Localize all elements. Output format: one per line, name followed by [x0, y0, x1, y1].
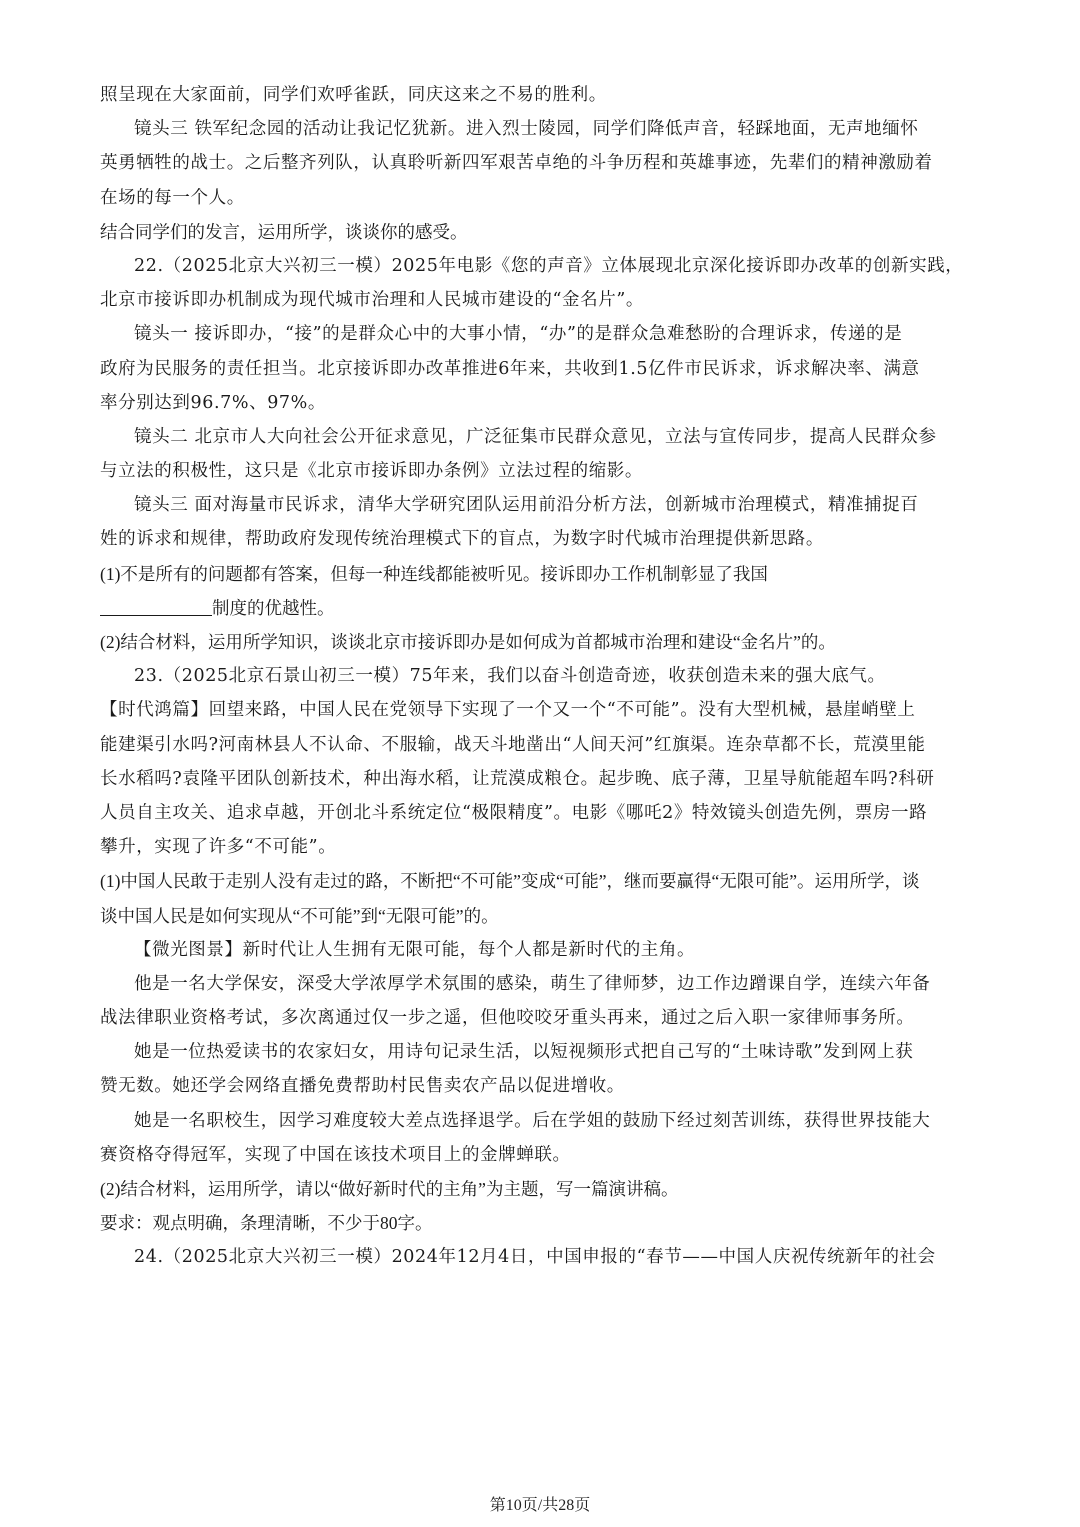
text-line: 制度的优越性。: [100, 591, 985, 625]
text-line-content: 镜头二 北京市人大向社会公开征求意见，广泛征集市民群众意见，立法与宣传同步，提高…: [134, 427, 937, 447]
text-line: (2)结合材料，运用所学，请以“做好新时代的主角”为主题，写一篇演讲稿。: [100, 1172, 985, 1206]
text-line: 镜头二 北京市人大向社会公开征求意见，广泛征集市民群众意见，立法与宣传同步，提高…: [100, 420, 985, 454]
text-line-content: 攀升，实现了许多“不可能”。: [100, 837, 336, 857]
text-line-content: 制度的优越性。: [212, 598, 335, 618]
text-line-content: (2)结合材料，运用所学知识，谈谈北京市接诉即办是如何成为首都城市治理和建设“金…: [100, 632, 836, 652]
text-line-content: (2)结合材料，运用所学，请以“做好新时代的主角”为主题，写一篇演讲稿。: [100, 1179, 678, 1199]
text-line: 战法律职业资格考试，多次离通过仅一步之遥，但他咬咬牙重头再来，通过之后入职一家律…: [100, 1001, 985, 1035]
text-line: (1)不是所有的问题都有答案，但每一种连线都能被听见。接诉即办工作机制彰显了我国: [100, 557, 985, 591]
text-line-content: 率分别达到96.7%、97%。: [100, 393, 326, 413]
text-line: 结合同学们的发言，运用所学，谈谈你的感受。: [100, 215, 985, 249]
text-line-content: 赛资格夺得冠军，实现了中国在该技术项目上的金牌蝉联。: [100, 1145, 571, 1165]
text-line: 要求：观点明确，条理清晰，不少于80字。: [100, 1206, 985, 1240]
text-line: 攀升，实现了许多“不可能”。: [100, 830, 985, 864]
text-line: 他是一名大学保安，深受大学浓厚学术氛围的感染，萌生了律师梦，边工作边蹭课自学，连…: [100, 967, 985, 1001]
text-line-content: 谈中国人民是如何实现从“不可能”到“无限可能”的。: [100, 906, 499, 926]
text-line-content: 他是一名大学保安，深受大学浓厚学术氛围的感染，萌生了律师梦，边工作边蹭课自学，连…: [134, 974, 930, 994]
text-line-content: 能建渠引水吗?河南林县人不认命、不服输，战天斗地凿出“人间天河”红旗渠。连杂草都…: [100, 735, 925, 755]
text-line-content: 23.（2025北京石景山初三一模）75年来，我们以奋斗创造奇迹，收获创造未来的…: [134, 666, 886, 686]
text-line: 率分别达到96.7%、97%。: [100, 386, 985, 420]
text-line-content: (1)不是所有的问题都有答案，但每一种连线都能被听见。接诉即办工作机制彰显了我国: [100, 564, 768, 584]
text-line-content: 镜头一 接诉即办，“接”的是群众心中的大事小情，“办”的是群众急难愁盼的合理诉求…: [134, 324, 902, 344]
answer-blank: [100, 597, 212, 616]
text-line: 23.（2025北京石景山初三一模）75年来，我们以奋斗创造奇迹，收获创造未来的…: [100, 659, 985, 693]
text-line: 24.（2025北京大兴初三一模）2024年12月4日，中国申报的“春节——中国…: [100, 1240, 985, 1274]
text-line-content: 22.（2025北京大兴初三一模）2025年电影《您的声音》立体展现北京深化接诉…: [134, 256, 963, 276]
text-line: (1)中国人民敢于走别人没有走过的路，不断把“不可能”变成“可能”，继而要赢得“…: [100, 864, 985, 898]
text-line-content: 照呈现在大家面前，同学们欢呼雀跃，同庆这来之不易的胜利。: [100, 85, 607, 105]
document-body: 照呈现在大家面前，同学们欢呼雀跃，同庆这来之不易的胜利。镜头三 铁军纪念园的活动…: [100, 78, 985, 1275]
text-line-content: 北京市接诉即办机制成为现代城市治理和人民城市建设的“金名片”。: [100, 290, 644, 310]
text-line: 【时代鸿篇】回望来路，中国人民在党领导下实现了一个又一个“不可能”。没有大型机械…: [100, 693, 985, 727]
text-line-content: 【微光图景】新时代让人生拥有无限可能，每个人都是新时代的主角。: [134, 940, 695, 960]
text-line: 人员自主攻关、追求卓越，开创北斗系统定位“极限精度”。电影《哪吒2》特效镜头创造…: [100, 796, 985, 830]
text-line-content: 与立法的积极性，这只是《北京市接诉即办条例》立法过程的缩影。: [100, 461, 643, 481]
text-line: 谈中国人民是如何实现从“不可能”到“无限可能”的。: [100, 899, 985, 933]
text-line-content: 长水稻吗?袁隆平团队创新技术，种出海水稻，让荒漠成粮仓。起步晚、底子薄，卫星导航…: [100, 769, 934, 789]
text-line-content: 赞无数。她还学会网络直播免费帮助村民售卖农产品以促进增收。: [100, 1076, 625, 1096]
text-line: 镜头三 铁军纪念园的活动让我记忆犹新。进入烈士陵园，同学们降低声音，轻踩地面，无…: [100, 112, 985, 146]
text-line: 【微光图景】新时代让人生拥有无限可能，每个人都是新时代的主角。: [100, 933, 985, 967]
text-line-content: 她是一位热爱读书的农家妇女，用诗句记录生活，以短视频形式把自己写的“土味诗歌”发…: [134, 1042, 913, 1062]
text-line-content: 24.（2025北京大兴初三一模）2024年12月4日，中国申报的“春节——中国…: [134, 1247, 936, 1267]
text-line-content: 英勇牺牲的战士。之后整齐列队，认真聆听新四军艰苦卓绝的斗争历程和英雄事迹，先辈们…: [100, 153, 933, 173]
text-line: 镜头三 面对海量市民诉求，清华大学研究团队运用前沿分析方法，创新城市治理模式，精…: [100, 488, 985, 522]
text-line-content: 结合同学们的发言，运用所学，谈谈你的感受。: [100, 222, 468, 242]
page-number: 第10页/共28页: [0, 1492, 1080, 1515]
text-line: 她是一位热爱读书的农家妇女，用诗句记录生活，以短视频形式把自己写的“土味诗歌”发…: [100, 1035, 985, 1069]
text-line-content: (1)中国人民敢于走别人没有走过的路，不断把“不可能”变成“可能”，继而要赢得“…: [100, 871, 920, 891]
text-line-content: 她是一名职校生，因学习难度较大差点选择退学。后在学姐的鼓励下经过刻苦训练，获得世…: [134, 1111, 930, 1131]
text-line: 照呈现在大家面前，同学们欢呼雀跃，同庆这来之不易的胜利。: [100, 78, 985, 112]
text-line-content: 【时代鸿篇】回望来路，中国人民在党领导下实现了一个又一个“不可能”。没有大型机械…: [100, 700, 916, 720]
text-line: 姓的诉求和规律，帮助政府发现传统治理模式下的盲点，为数字时代城市治理提供新思路。: [100, 522, 985, 556]
text-line: (2)结合材料，运用所学知识，谈谈北京市接诉即办是如何成为首都城市治理和建设“金…: [100, 625, 985, 659]
text-line: 赛资格夺得冠军，实现了中国在该技术项目上的金牌蝉联。: [100, 1138, 985, 1172]
text-line-content: 镜头三 铁军纪念园的活动让我记忆犹新。进入烈士陵园，同学们降低声音，轻踩地面，无…: [134, 119, 918, 139]
text-line: 与立法的积极性，这只是《北京市接诉即办条例》立法过程的缩影。: [100, 454, 985, 488]
text-line-content: 战法律职业资格考试，多次离通过仅一步之遥，但他咬咬牙重头再来，通过之后入职一家律…: [100, 1008, 915, 1028]
text-line: 英勇牺牲的战士。之后整齐列队，认真聆听新四军艰苦卓绝的斗争历程和英雄事迹，先辈们…: [100, 146, 985, 180]
text-line: 22.（2025北京大兴初三一模）2025年电影《您的声音》立体展现北京深化接诉…: [100, 249, 985, 283]
text-line: 北京市接诉即办机制成为现代城市治理和人民城市建设的“金名片”。: [100, 283, 985, 317]
text-line-content: 人员自主攻关、追求卓越，开创北斗系统定位“极限精度”。电影《哪吒2》特效镜头创造…: [100, 803, 927, 823]
text-line: 在场的每一个人。: [100, 181, 985, 215]
text-line: 能建渠引水吗?河南林县人不认命、不服输，战天斗地凿出“人间天河”红旗渠。连杂草都…: [100, 728, 985, 762]
text-line-content: 要求：观点明确，条理清晰，不少于80字。: [100, 1213, 433, 1233]
text-line-content: 镜头三 面对海量市民诉求，清华大学研究团队运用前沿分析方法，创新城市治理模式，精…: [134, 495, 918, 515]
text-line: 镜头一 接诉即办，“接”的是群众心中的大事小情，“办”的是群众急难愁盼的合理诉求…: [100, 317, 985, 351]
text-line: 长水稻吗?袁隆平团队创新技术，种出海水稻，让荒漠成粮仓。起步晚、底子薄，卫星导航…: [100, 762, 985, 796]
text-line-content: 姓的诉求和规律，帮助政府发现传统治理模式下的盲点，为数字时代城市治理提供新思路。: [100, 529, 824, 549]
text-line: 赞无数。她还学会网络直播免费帮助村民售卖农产品以促进增收。: [100, 1069, 985, 1103]
text-line: 政府为民服务的责任担当。北京接诉即办改革推进6年来，共收到1.5亿件市民诉求，诉…: [100, 352, 985, 386]
text-line-content: 政府为民服务的责任担当。北京接诉即办改革推进6年来，共收到1.5亿件市民诉求，诉…: [100, 359, 920, 379]
text-line-content: 在场的每一个人。: [100, 188, 245, 208]
text-line: 她是一名职校生，因学习难度较大差点选择退学。后在学姐的鼓励下经过刻苦训练，获得世…: [100, 1104, 985, 1138]
